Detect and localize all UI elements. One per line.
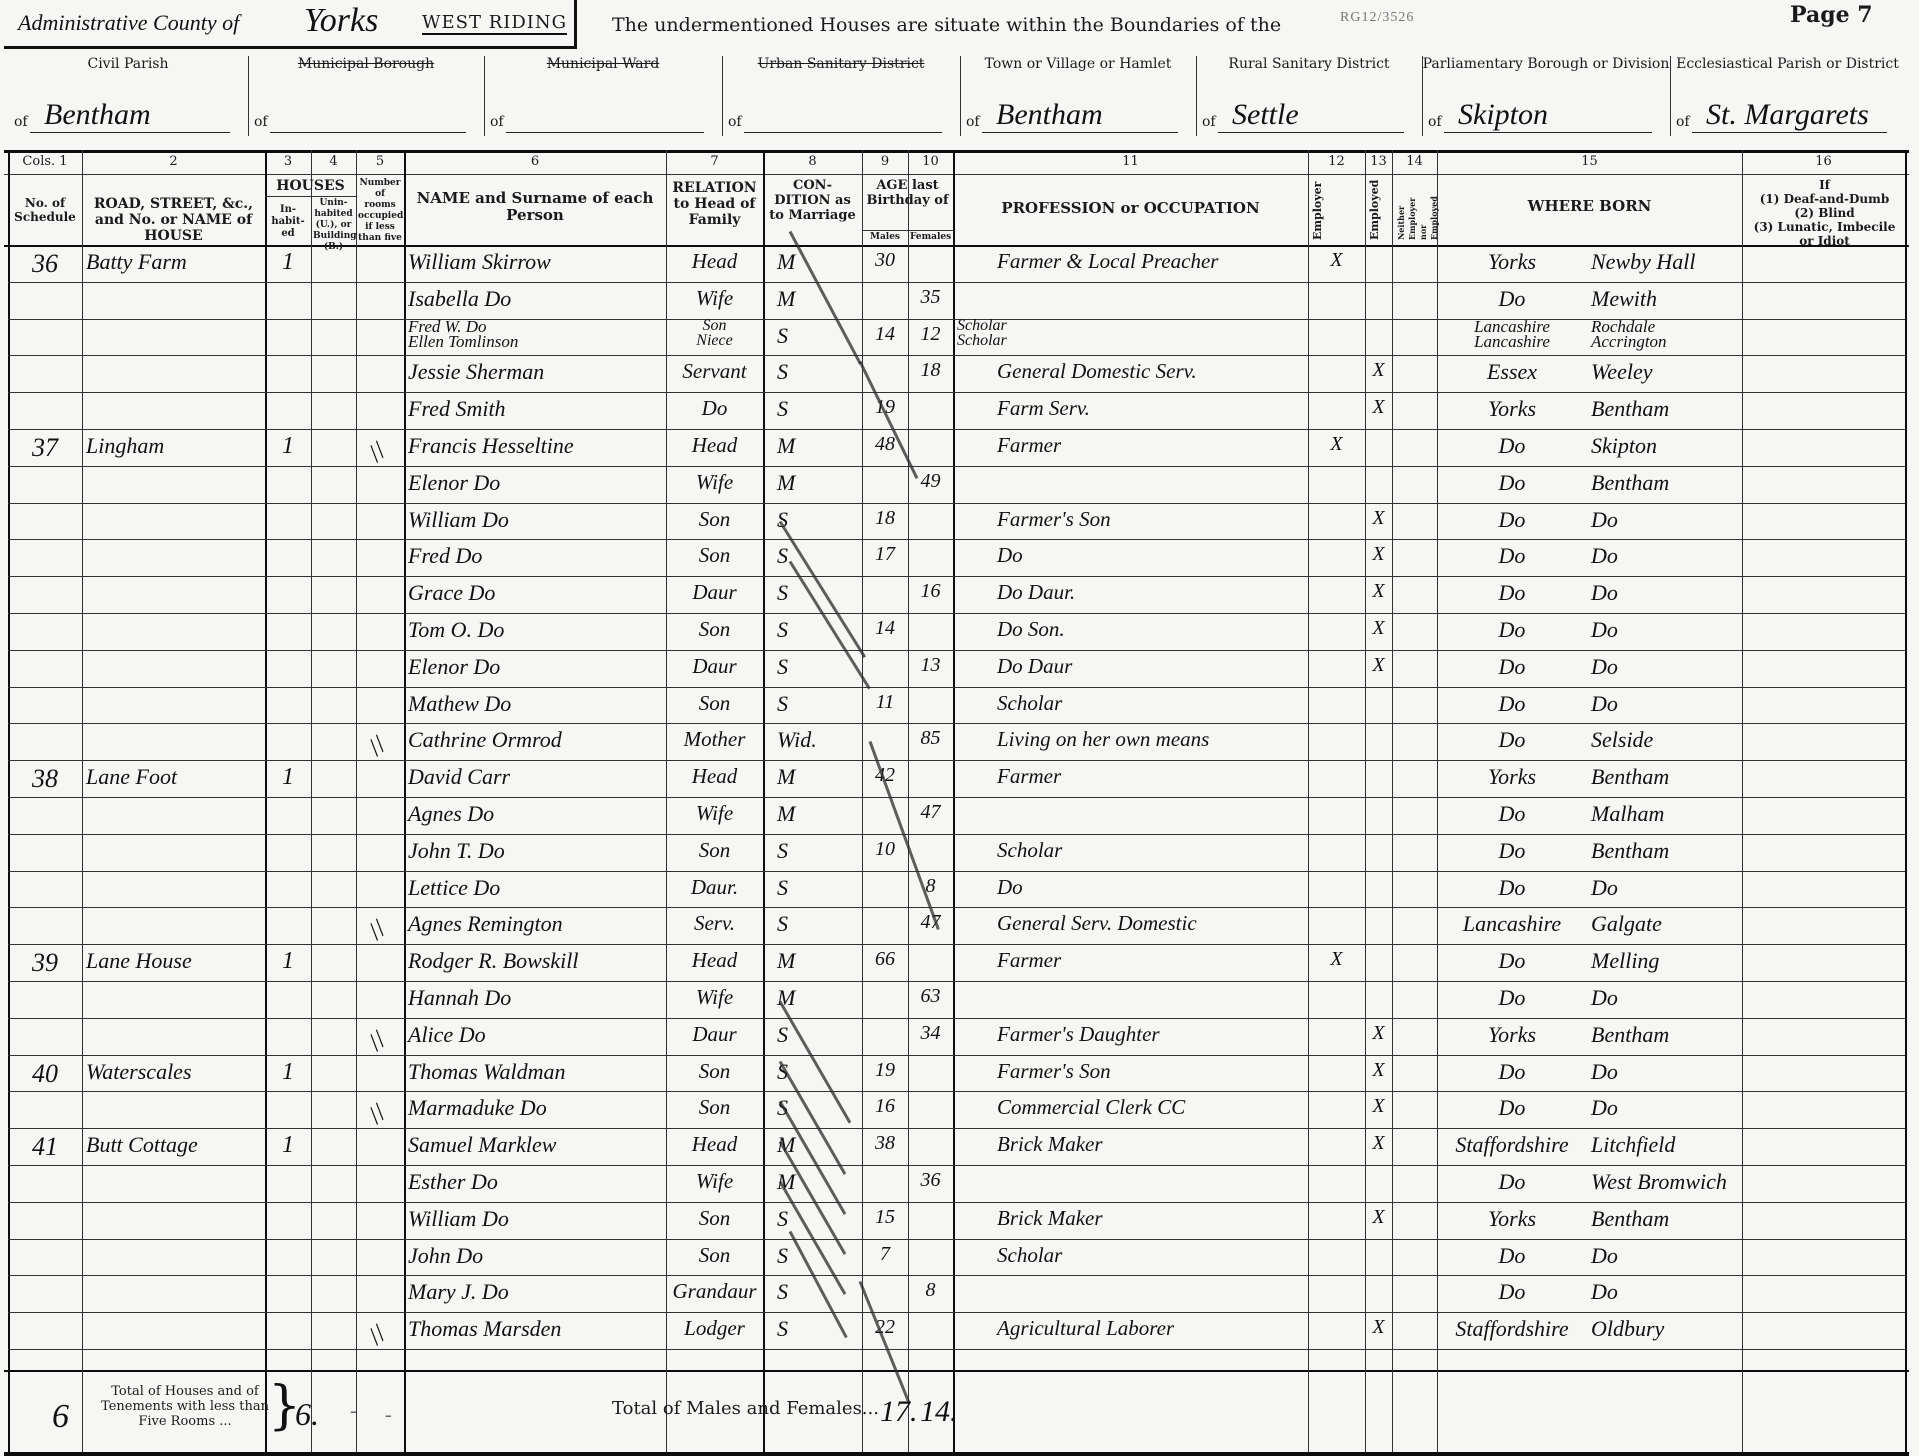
header-where-born: WHERE BORN: [1439, 198, 1740, 215]
schedule-total: 6: [52, 1398, 69, 1436]
of-prefix: of: [254, 114, 268, 130]
header-infirmity-line: (3) Lunatic, Imbecile or Idiot: [1748, 220, 1901, 248]
marital-condition: S: [777, 1022, 868, 1048]
table-row: Elenor DoWifeM49DoBentham: [0, 466, 1919, 503]
district-value: Skipton: [1458, 98, 1548, 132]
relation: Son: [670, 617, 759, 642]
person-name: John Do: [408, 1243, 662, 1269]
birth-place: Do: [1591, 691, 1738, 717]
column-number: 2: [82, 154, 265, 169]
occupation: Agricultural Laborer: [997, 1316, 1344, 1341]
occupation: Farmer: [997, 948, 1344, 973]
employed-mark: X: [1369, 543, 1388, 566]
relation: Daur.: [670, 875, 759, 900]
female-age: 13: [912, 654, 949, 677]
intro-text: The undermentioned Houses are situate wi…: [612, 14, 1281, 36]
occupation: Scholar: [997, 1243, 1344, 1268]
female-age: 47: [912, 801, 949, 824]
table-row: William DoSonS15Brick MakerXYorksBentham: [0, 1202, 1919, 1239]
birth-place: Do: [1591, 985, 1738, 1011]
marital-condition: S: [777, 838, 868, 864]
person-name: Thomas Waldman: [408, 1059, 662, 1085]
birth-county: Do: [1441, 470, 1583, 496]
marital-condition: M: [777, 801, 868, 827]
row-divider: [8, 1349, 1905, 1350]
birth-place: Oldbury: [1591, 1316, 1738, 1342]
district-label: Municipal Ward: [484, 56, 722, 72]
schedule-number: 41: [12, 1132, 78, 1162]
district-value: Bentham: [996, 98, 1103, 132]
fill-line: [982, 132, 1178, 133]
table-row: Isabella DoWifeM35DoMewith: [0, 282, 1919, 319]
female-age: 12: [912, 323, 949, 346]
table-row: //Alice DoDaurS34Farmer's DaughterXYorks…: [0, 1018, 1919, 1055]
employed-mark: X: [1369, 1059, 1388, 1082]
occupation: Farmer's Son: [997, 1059, 1344, 1084]
inhabited-count: 1: [269, 433, 307, 460]
male-age: 15: [866, 1206, 904, 1229]
female-age: 8: [912, 1279, 949, 1302]
male-age: 18: [866, 507, 904, 530]
male-age: 30: [866, 249, 904, 272]
birth-county: Do: [1441, 985, 1583, 1011]
census-page: Administrative County of Yorks WEST RIDI…: [0, 0, 1919, 1456]
inhabited-count: 1: [269, 1132, 307, 1159]
house-name: Batty Farm: [86, 249, 261, 275]
header-inhabited: In-habit-ed: [267, 204, 309, 240]
occupation: Commercial Clerk CC: [997, 1095, 1344, 1120]
person-name: Elenor Do: [408, 470, 662, 496]
column-number: 15: [1437, 154, 1742, 169]
marital-condition: M: [777, 249, 868, 275]
birth-place: Bentham: [1591, 764, 1738, 790]
employed-mark: X: [1369, 359, 1388, 382]
district-town-or-village-or-hamlet: Town or Village or HamletofBentham: [960, 48, 1196, 148]
header-infirmity: If(1) Deaf-and-Dumb(2) Blind(3) Lunatic,…: [1748, 178, 1901, 248]
table-row: //Agnes RemingtonServ.S47General Serv. D…: [0, 907, 1919, 944]
person-name: Mary J. Do: [408, 1279, 662, 1305]
birth-county: Do: [1441, 507, 1583, 533]
rooms-total: -: [385, 1404, 392, 1427]
birth-place: Do: [1591, 654, 1738, 680]
person-name: Isabella Do: [408, 286, 662, 312]
rule: [265, 196, 356, 197]
table-row: Agnes DoWifeM47DoMalham: [0, 797, 1919, 834]
relation: Son: [670, 1243, 759, 1268]
employed-mark: X: [1369, 617, 1388, 640]
birth-county: Do: [1441, 948, 1583, 974]
female-age: 34: [912, 1022, 949, 1045]
birth-county: Do: [1441, 433, 1583, 459]
relation: Son: [670, 1206, 759, 1231]
page-number: Page 7: [1790, 2, 1873, 28]
table-row: //Thomas MarsdenLodgerS22Agricultural La…: [0, 1312, 1919, 1349]
table-row: //Cathrine OrmrodMotherWid.85Living on h…: [0, 723, 1919, 760]
birth-county: Lancashire: [1441, 911, 1583, 937]
birth-place: West Bromwich: [1591, 1169, 1738, 1195]
fill-line: [744, 132, 942, 133]
relation: Head: [670, 249, 759, 274]
persons-total-label: Total of Males and Females...: [612, 1398, 879, 1419]
fill-line: [270, 132, 466, 133]
male-age: 66: [866, 948, 904, 971]
relation: Niece: [670, 332, 759, 350]
relation: Head: [670, 948, 759, 973]
birth-place: Do: [1591, 507, 1738, 533]
person-name: Tom O. Do: [408, 617, 662, 643]
fill-line: [1218, 132, 1404, 133]
marital-condition: S: [777, 359, 868, 385]
inhabited-count: 1: [269, 1059, 307, 1086]
employed-mark: X: [1369, 1095, 1388, 1118]
table-row: Fred W. DoEllen TomlinsonSonNieceS1412Sc…: [0, 319, 1919, 356]
column-number: 3: [265, 154, 311, 169]
marital-condition: S: [777, 911, 868, 937]
inhabited-count: 1: [269, 764, 307, 791]
marital-condition: M: [777, 470, 868, 496]
district-label: Parliamentary Borough or Division: [1422, 56, 1670, 72]
district-label: Urban Sanitary District: [722, 56, 960, 72]
employed-mark: X: [1369, 1316, 1388, 1339]
of-prefix: of: [490, 114, 504, 130]
rule: [4, 1452, 1909, 1456]
occupation: Brick Maker: [997, 1206, 1344, 1231]
of-prefix: of: [14, 114, 28, 130]
occupation: Scholar: [997, 838, 1344, 863]
employed-mark: X: [1369, 1132, 1388, 1155]
header-employed: Employed: [1369, 184, 1390, 240]
column-number: 12: [1308, 154, 1365, 169]
inhabited-count: 1: [269, 249, 307, 276]
male-age: 7: [866, 1243, 904, 1266]
district-ecclesiastical-parish-or-district: Ecclesiastical Parish or DistrictofSt. M…: [1670, 48, 1905, 148]
rooms-separator: //: [362, 1098, 392, 1130]
relation: Son: [670, 838, 759, 863]
relation: Wife: [670, 985, 759, 1010]
relation: Mother: [670, 727, 759, 752]
employed-mark: X: [1369, 396, 1388, 419]
rooms-separator: //: [362, 436, 392, 468]
header-females: Females: [910, 232, 951, 243]
column-number: Cols. 1: [8, 154, 82, 169]
birth-county: Do: [1441, 1279, 1583, 1305]
column-number: 16: [1742, 154, 1905, 169]
header-age: AGE last Birthday of: [864, 178, 951, 208]
schedule-number: 36: [12, 249, 78, 279]
rule: [4, 150, 1909, 153]
marital-condition: S: [777, 691, 868, 717]
person-name: William Skirrow: [408, 249, 662, 275]
table-row: 38Lane Foot1David CarrHeadM42FarmerYorks…: [0, 760, 1919, 797]
birth-place: Do: [1591, 1095, 1738, 1121]
house-name: Waterscales: [86, 1059, 261, 1085]
header-employer: Employer: [1312, 184, 1363, 240]
district-label: Rural Sanitary District: [1196, 56, 1422, 72]
column-number: 8: [763, 154, 862, 169]
rooms-separator: //: [362, 914, 392, 946]
header-road: ROAD, STREET, &c., and No. or NAME of HO…: [84, 196, 263, 244]
uninhabited-total: -: [350, 1400, 357, 1423]
table-row: Jessie ShermanServantS18General Domestic…: [0, 355, 1919, 392]
column-number: 6: [404, 154, 666, 169]
column-number: 11: [953, 154, 1308, 169]
person-name: David Carr: [408, 764, 662, 790]
marital-condition: S: [777, 507, 868, 533]
relation: Son: [670, 1059, 759, 1084]
house-name: Lane Foot: [86, 764, 261, 790]
column-number: 10: [908, 154, 953, 169]
person-name: Fred Do: [408, 543, 662, 569]
person-name: Mathew Do: [408, 691, 662, 717]
header-name: NAME and Surname of each Person: [406, 190, 664, 224]
person-name: Hannah Do: [408, 985, 662, 1011]
occupation: Farmer & Local Preacher: [997, 249, 1344, 274]
occupation: Do Son.: [997, 617, 1344, 642]
birth-county: Yorks: [1441, 396, 1583, 422]
birth-place: Melling: [1591, 948, 1738, 974]
male-age: 16: [866, 1095, 904, 1118]
female-age: 36: [912, 1169, 949, 1192]
relation: Son: [670, 691, 759, 716]
table-row: Tom O. DoSonS14Do Son.XDoDo: [0, 613, 1919, 650]
female-age: 18: [912, 359, 949, 382]
birth-county: Yorks: [1441, 1022, 1583, 1048]
table-row: 39Lane House1Rodger R. BowskillHeadM66Fa…: [0, 944, 1919, 981]
marital-condition: Wid.: [777, 727, 868, 753]
column-number: 7: [666, 154, 763, 169]
column-number: 5: [356, 154, 404, 169]
birth-place: Bentham: [1591, 1022, 1738, 1048]
person-name: Lettice Do: [408, 875, 662, 901]
column-number: 13: [1365, 154, 1392, 169]
relation: Son: [670, 507, 759, 532]
header-males: Males: [864, 232, 906, 243]
relation: Wife: [670, 286, 759, 311]
birth-county: Do: [1441, 543, 1583, 569]
table-row: 36Batty Farm1William SkirrowHeadM30Farme…: [0, 245, 1919, 282]
birth-place: Skipton: [1591, 433, 1738, 459]
relation: Grandaur: [670, 1279, 759, 1304]
occupation: Do Daur.: [997, 580, 1344, 605]
person-name: Marmaduke Do: [408, 1095, 662, 1121]
reference-stamp: RG12/3526: [1340, 10, 1414, 26]
person-name: Thomas Marsden: [408, 1316, 662, 1342]
relation: Lodger: [670, 1316, 759, 1341]
relation: Wife: [670, 470, 759, 495]
birth-place: Accrington: [1591, 332, 1738, 352]
employed-mark: X: [1369, 1206, 1388, 1229]
occupation: Farmer's Daughter: [997, 1022, 1344, 1047]
birth-place: Do: [1591, 543, 1738, 569]
table-row: Fred DoSonS17DoXDoDo: [0, 539, 1919, 576]
person-name: Esther Do: [408, 1169, 662, 1195]
birth-place: Selside: [1591, 727, 1738, 753]
birth-county: Essex: [1441, 359, 1583, 385]
person-name: Rodger R. Bowskill: [408, 948, 662, 974]
female-age: 49: [912, 470, 949, 493]
occupation: Brick Maker: [997, 1132, 1344, 1157]
female-age: 85: [912, 727, 949, 750]
rule: [862, 230, 953, 231]
of-prefix: of: [728, 114, 742, 130]
occupation: Farmer's Son: [997, 507, 1344, 532]
person-name: Jessie Sherman: [408, 359, 662, 385]
person-name: Samuel Marklew: [408, 1132, 662, 1158]
birth-county: Do: [1441, 691, 1583, 717]
person-name: Elenor Do: [408, 654, 662, 680]
header-infirmity-line: (1) Deaf-and-Dumb: [1748, 192, 1901, 206]
person-name: William Do: [408, 507, 662, 533]
of-prefix: of: [1676, 114, 1690, 130]
birth-county: Do: [1441, 580, 1583, 606]
birth-county: Staffordshire: [1441, 1316, 1583, 1342]
relation: Head: [670, 764, 759, 789]
fill-line: [30, 132, 230, 133]
district-value: Bentham: [44, 98, 151, 132]
female-age: 16: [912, 580, 949, 603]
male-age: 19: [866, 1059, 904, 1082]
relation: Wife: [670, 1169, 759, 1194]
birth-place: Mewith: [1591, 286, 1738, 312]
schedule-number: 40: [12, 1059, 78, 1089]
house-name: Butt Cottage: [86, 1132, 261, 1158]
employed-mark: X: [1369, 654, 1388, 677]
fill-line: [506, 132, 704, 133]
male-age: 10: [866, 838, 904, 861]
birth-county: Do: [1441, 875, 1583, 901]
birth-place: Bentham: [1591, 470, 1738, 496]
marital-condition: M: [777, 948, 868, 974]
table-row: Mary J. DoGrandaurS8DoDo: [0, 1275, 1919, 1312]
admin-county-stamp: WEST RIDING: [422, 12, 567, 35]
occupation: Do Daur: [997, 654, 1344, 679]
person-name: Cathrine Ormrod: [408, 727, 662, 753]
birth-place: Do: [1591, 1279, 1738, 1305]
employer-mark: X: [1312, 249, 1361, 272]
table-row: Fred SmithDoS19Farm Serv.XYorksBentham: [0, 392, 1919, 429]
district-label: Municipal Borough: [248, 56, 484, 72]
birth-place: Bentham: [1591, 396, 1738, 422]
female-age: 35: [912, 286, 949, 309]
relation: Head: [670, 1132, 759, 1157]
district-municipal-ward: Municipal Wardof: [484, 48, 722, 148]
occupation: Do: [997, 875, 1344, 900]
person-name: Ellen Tomlinson: [408, 332, 662, 352]
rule: [4, 174, 1909, 175]
birth-place: Do: [1591, 1243, 1738, 1269]
rooms-separator: //: [362, 1319, 392, 1351]
birth-place: Weeley: [1591, 359, 1738, 385]
birth-place: Do: [1591, 617, 1738, 643]
birth-place: Newby Hall: [1591, 249, 1738, 275]
header-occupation: PROFESSION or OCCUPATION: [955, 200, 1306, 217]
table-row: Mathew DoSonS11ScholarDoDo: [0, 687, 1919, 724]
schedule-number: 37: [12, 433, 78, 463]
relation: Servant: [670, 359, 759, 384]
district-value: Settle: [1232, 98, 1299, 132]
house-name: Lane House: [86, 948, 261, 974]
birth-county: Do: [1441, 838, 1583, 864]
person-name: Agnes Remington: [408, 911, 662, 937]
birth-county: Do: [1441, 1243, 1583, 1269]
employer-mark: X: [1312, 948, 1361, 971]
relation: Daur: [670, 580, 759, 605]
marital-condition: S: [777, 875, 868, 901]
male-age: 14: [866, 323, 904, 346]
district-municipal-borough: Municipal Boroughof: [248, 48, 484, 148]
relation: Son: [670, 1095, 759, 1120]
employer-mark: X: [1312, 433, 1361, 456]
district-label: Town or Village or Hamlet: [960, 56, 1196, 72]
header-infirmity-line: (2) Blind: [1748, 206, 1901, 220]
birth-county: Do: [1441, 286, 1583, 312]
person-name: John T. Do: [408, 838, 662, 864]
relation: Serv.: [670, 911, 759, 936]
female-age: 63: [912, 985, 949, 1008]
birth-place: Bentham: [1591, 838, 1738, 864]
district-parliamentary-borough-or-division: Parliamentary Borough or DivisionofSkipt…: [1422, 48, 1670, 148]
rooms-separator: //: [362, 1025, 392, 1057]
relation: Head: [670, 433, 759, 458]
birth-county: Do: [1441, 727, 1583, 753]
birth-place: Bentham: [1591, 1206, 1738, 1232]
header-neither: Neither Employer nor Employed: [1396, 184, 1435, 240]
table-row: John DoSonS7ScholarDoDo: [0, 1239, 1919, 1276]
table-row: Hannah DoWifeM63DoDo: [0, 981, 1919, 1018]
birth-place: Litchfield: [1591, 1132, 1738, 1158]
birth-county: Yorks: [1441, 1206, 1583, 1232]
column-number: 14: [1392, 154, 1437, 169]
table-row: Lettice DoDaur.S8DoDoDo: [0, 871, 1919, 908]
district-urban-sanitary-district: Urban Sanitary Districtof: [722, 48, 960, 148]
houses-total-label: Total of Houses and of Tenements with le…: [100, 1384, 270, 1429]
header-rooms: Number of rooms occupied if less than fi…: [358, 178, 402, 244]
header-schedule: No. of Schedule: [10, 196, 80, 224]
header-employed-text: Employed: [1369, 184, 1380, 240]
table-row: Grace DoDaurS16Do Daur.XDoDo: [0, 576, 1919, 613]
birth-county: Do: [1441, 654, 1583, 680]
birth-county: Yorks: [1441, 249, 1583, 275]
table-row: //Marmaduke DoSonS16Commercial Clerk CCX…: [0, 1091, 1919, 1128]
header-infirmity-title: If: [1748, 178, 1901, 192]
birth-county: Do: [1441, 801, 1583, 827]
marital-condition: S: [777, 396, 868, 422]
district-civil-parish: Civil ParishofBentham: [8, 48, 248, 148]
occupation: Scholar: [957, 332, 1304, 350]
table-row: Elenor DoDaurS13Do DaurXDoDo: [0, 650, 1919, 687]
header-employer-text: Employer: [1312, 184, 1323, 240]
table-row: 41Butt Cottage1Samuel MarklewHeadM38Bric…: [0, 1128, 1919, 1165]
birth-county: Do: [1441, 1059, 1583, 1085]
employed-mark: X: [1369, 580, 1388, 603]
person-name: Grace Do: [408, 580, 662, 606]
birth-place: Do: [1591, 580, 1738, 606]
relation: Daur: [670, 1022, 759, 1047]
occupation: Farmer: [997, 433, 1344, 458]
birth-county: Staffordshire: [1441, 1132, 1583, 1158]
relation: Daur: [670, 654, 759, 679]
birth-county: Yorks: [1441, 764, 1583, 790]
header-neither-text: Neither Employer nor Employed: [1396, 184, 1440, 240]
table-row: 40Waterscales1Thomas WaldmanSonS19Farmer…: [0, 1055, 1919, 1092]
employed-mark: X: [1369, 1022, 1388, 1045]
male-age: 14: [866, 617, 904, 640]
admin-county-label: Administrative County of: [18, 10, 239, 36]
birth-place: Do: [1591, 1059, 1738, 1085]
rule: [4, 1370, 1909, 1372]
occupation: Living on her own means: [997, 727, 1344, 752]
marital-condition: M: [777, 985, 868, 1011]
